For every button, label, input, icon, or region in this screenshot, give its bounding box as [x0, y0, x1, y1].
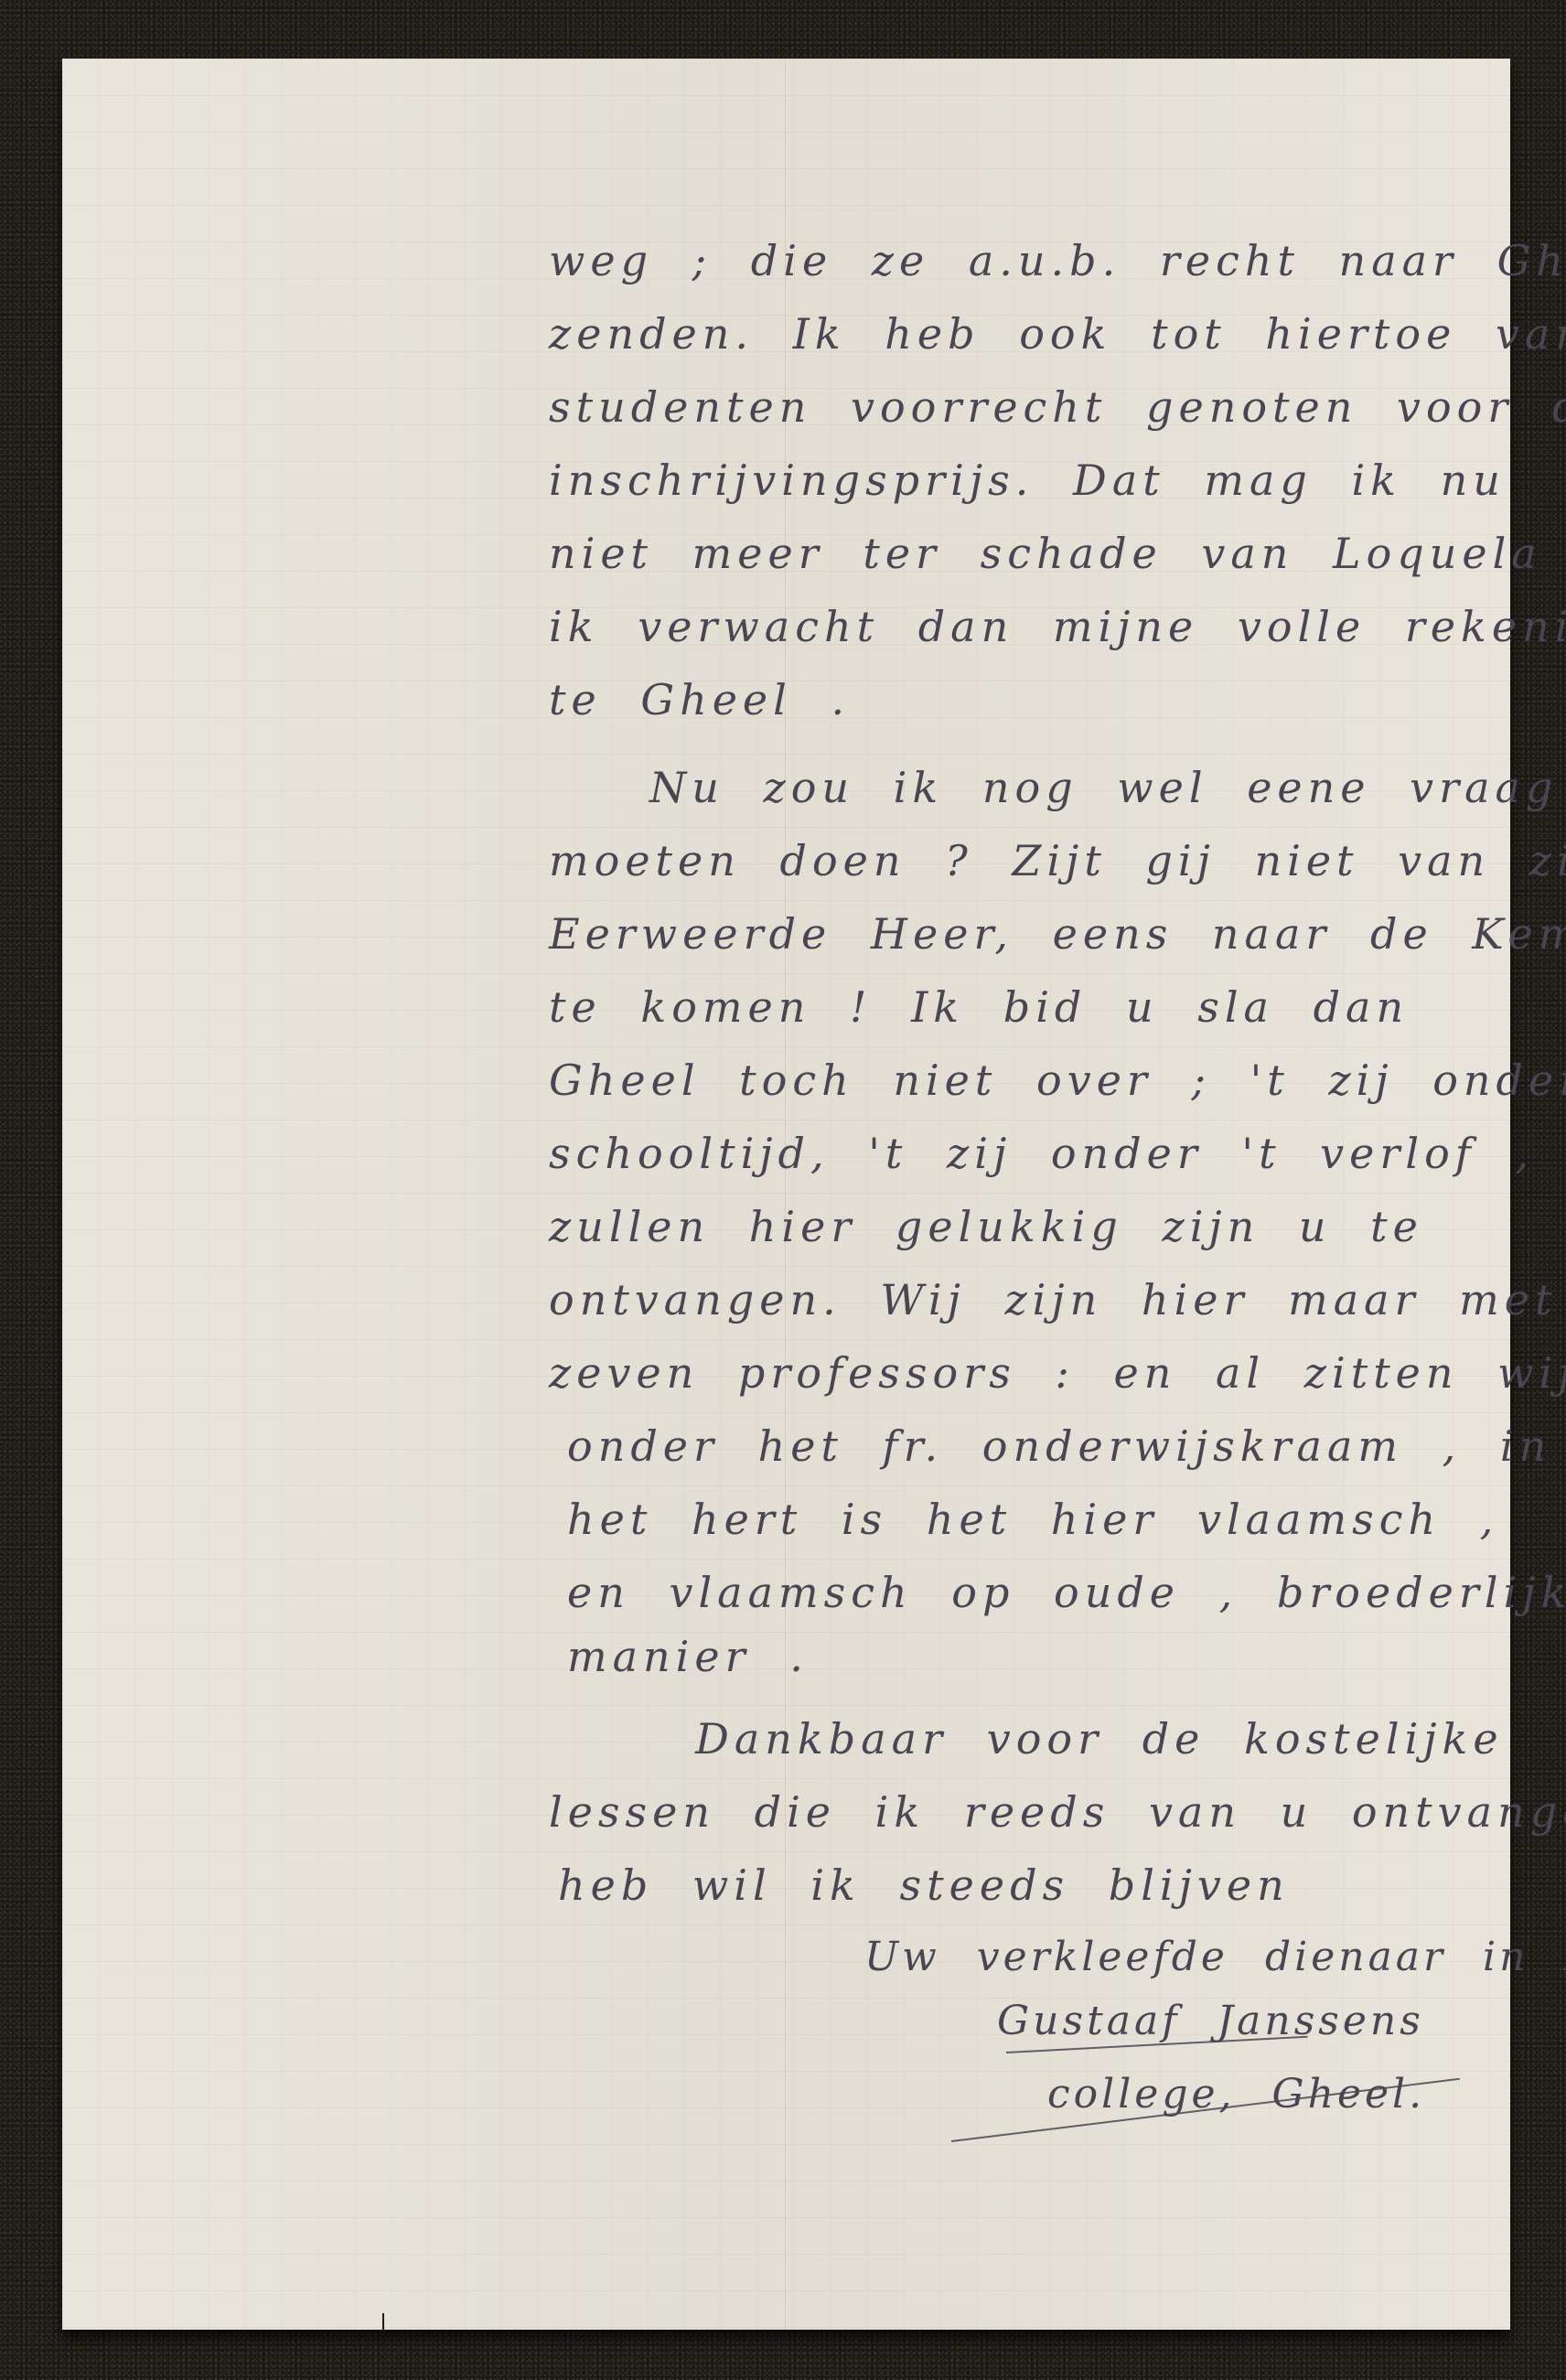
closing-salutation: Uw verkleefde dienaar in X°: — [864, 1937, 1566, 1978]
letter-line-11: te komen ! Ik bid u sla dan — [549, 986, 1409, 1028]
letter-line-14: zullen hier gelukkig zijn u te — [549, 1206, 1423, 1248]
letter-line-18: het hert is het hier vlaamsch , — [567, 1498, 1498, 1540]
letter-line-5: niet meer ter schade van Loquela : — [549, 532, 1566, 574]
paper-tear — [382, 2313, 384, 2330]
signature-name: Gustaaf Janssens — [997, 2001, 1424, 2042]
letter-line-15: ontvangen. Wij zijn hier maar met — [549, 1279, 1558, 1321]
letter-line-21: Dankbaar voor de kostelijke — [695, 1718, 1504, 1760]
letter-line-13: schooltijd, 't zij onder 't verlof , all… — [549, 1132, 1566, 1174]
letter-line-19: en vlaamsch op oude , broederlijke — [567, 1571, 1566, 1613]
letter-line-1: weg ; die ze a.u.b. recht naar Gheel — [549, 240, 1566, 282]
letter-line-9: moeten doen ? Zijt gij niet van zin, — [549, 840, 1566, 882]
letter-line-10: Eerweerde Heer, eens naar de Kempen — [549, 913, 1566, 955]
letter-line-7: te Gheel . — [549, 679, 850, 721]
signature-place: college, Gheel. — [1047, 2074, 1425, 2115]
letter-line-17: onder het fr. onderwijskraam , in — [567, 1425, 1551, 1467]
letter-line-2: zenden. Ik heb ook tot hiertoe van — [549, 313, 1566, 355]
letter-line-16: zeven professors : en al zitten wij — [549, 1352, 1566, 1394]
letter-line-8: Nu zou ik nog wel eene vraag — [649, 767, 1558, 809]
letter-line-20: manier . — [567, 1635, 809, 1678]
letter-line-22: lessen die ik reeds van u ontvangen — [549, 1791, 1566, 1833]
letter-line-23: heb wil ik steeds blijven — [558, 1864, 1290, 1906]
letter-line-6: ik verwacht dan mijne volle rekening — [549, 606, 1566, 648]
letter-line-3: studenten voorrecht genoten voor den — [549, 386, 1566, 428]
letter-line-4: inschrijvingsprijs. Dat mag ik nu — [549, 459, 1506, 501]
letter-line-12: Gheel toch niet over ; 't zij onder den — [549, 1059, 1566, 1101]
